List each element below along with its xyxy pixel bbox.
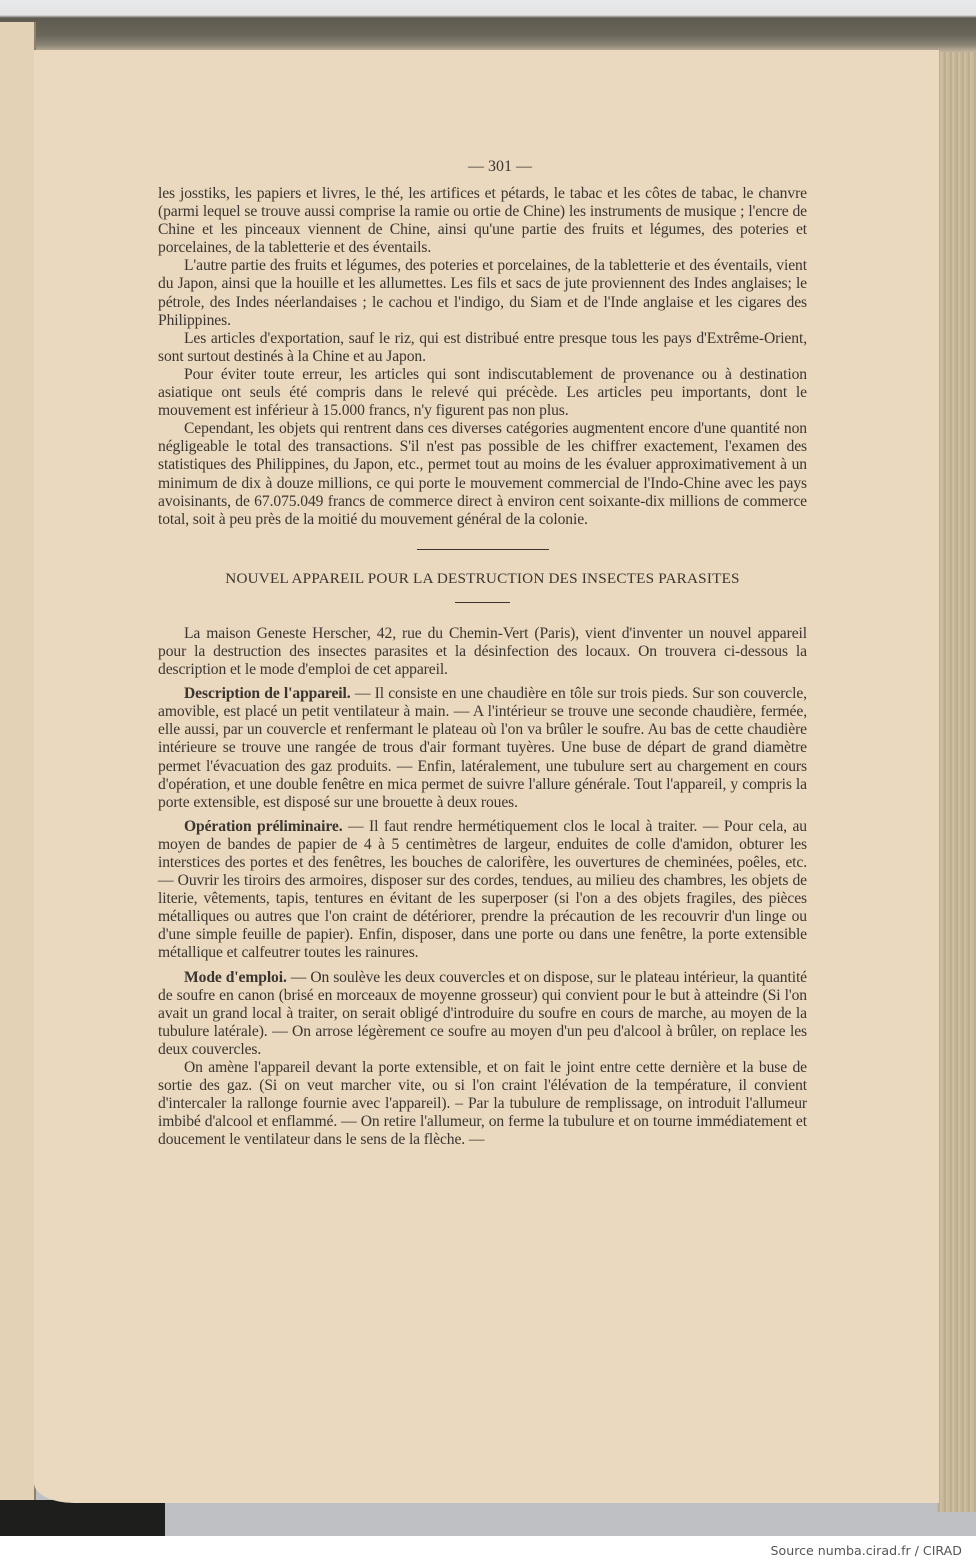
section-text: — Il faut rendre hermétiquement clos le … (158, 818, 807, 962)
book-top-edge (0, 0, 976, 55)
section-description: Description de l'appareil. — Il consiste… (158, 685, 807, 812)
section-label: Opération préliminaire. (184, 818, 343, 835)
previous-page-edge (0, 22, 36, 1502)
binding-shadow (0, 1500, 165, 1536)
section-divider (417, 549, 549, 550)
paragraph: Les articles d'exportation, sauf le riz,… (158, 330, 807, 366)
paragraph: les josstiks, les papiers et livres, le … (158, 185, 807, 257)
paragraph: L'autre partie des fruits et légumes, de… (158, 257, 807, 329)
page-number: — 301 — (420, 158, 580, 176)
title-underline (455, 602, 510, 603)
page-text: les josstiks, les papiers et livres, le … (158, 185, 807, 1150)
article-intro: La maison Geneste Herscher, 42, rue du C… (158, 625, 807, 679)
section-label: Description de l'appareil. (184, 685, 351, 702)
section-operation: Opération préliminaire. — Il faut rendre… (158, 818, 807, 963)
paragraph: On amène l'appareil devant la porte exte… (158, 1059, 807, 1149)
section-label: Mode d'emploi. (184, 969, 287, 986)
page-stack-edge (937, 52, 976, 1512)
section-text: — Il consiste en une chaudière en tôle s… (158, 685, 807, 811)
article-title: NOUVEL APPAREIL POUR LA DESTRUCTION DES … (158, 570, 807, 588)
source-credit: Source numba.cirad.fr / CIRAD (771, 1543, 962, 1558)
section-mode-emploi: Mode d'emploi. — On soulève les deux cou… (158, 969, 807, 1059)
paragraph: Cependant, les objets qui rentrent dans … (158, 420, 807, 529)
paragraph: Pour éviter toute erreur, les articles q… (158, 366, 807, 420)
